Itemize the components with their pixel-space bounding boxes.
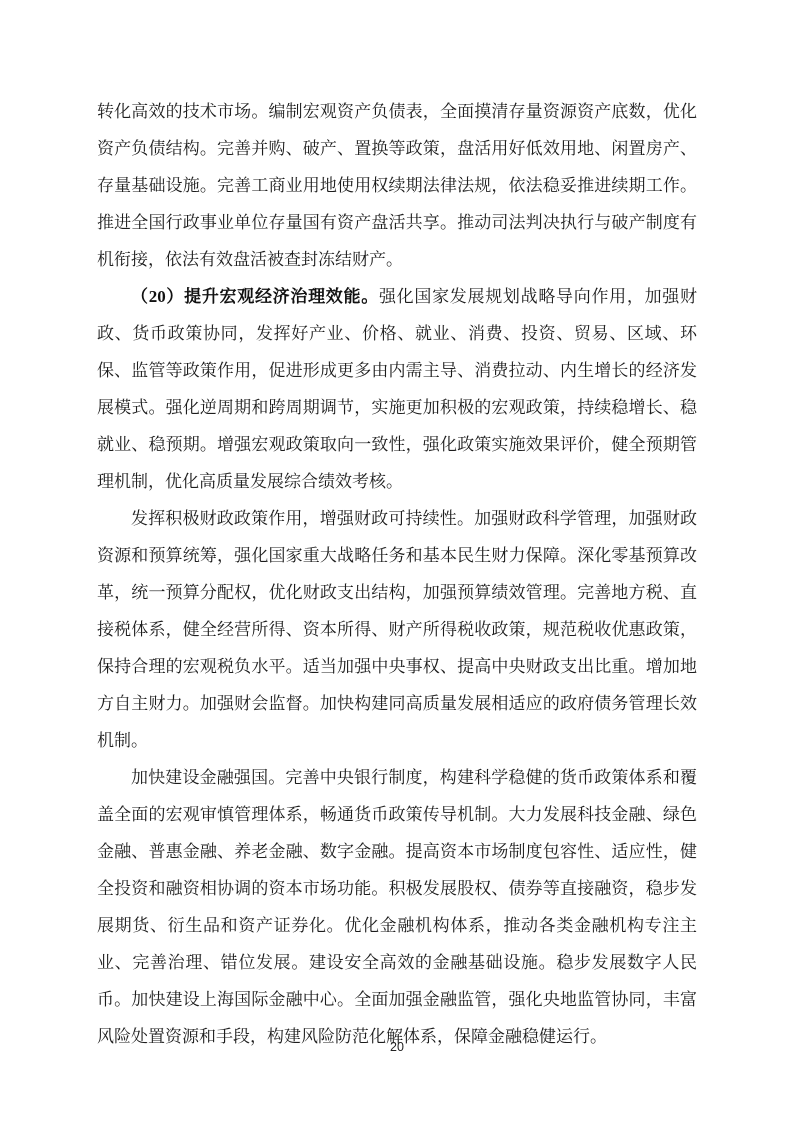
paragraph-financial-strength: 加快建设金融强国。完善中央银行制度，构建科学稳健的货币政策体系和覆盖全面的宏观审… — [97, 759, 697, 1055]
document-body: 转化高效的技术市场。编制宏观资产负债表，全面摸清存量资源资产底数，优化资产负债结… — [97, 93, 697, 1055]
paragraph-text: 转化高效的技术市场。编制宏观资产负债表，全面摸清存量资源资产底数，优化资产负债结… — [97, 102, 697, 269]
paragraph-section-20: （20）提升宏观经济治理效能。强化国家发展规划战略导向作用，加强财政、货币政策协… — [97, 278, 697, 500]
paragraph-fiscal-policy: 发挥积极财政政策作用，增强财政可持续性。加强财政科学管理，加强财政资源和预算统筹… — [97, 500, 697, 759]
document-page: 转化高效的技术市场。编制宏观资产负债表，全面摸清存量资源资产底数，优化资产负债结… — [0, 0, 794, 1123]
paragraph-text: 加快建设金融强国。完善中央银行制度，构建科学稳健的货币政策体系和覆盖全面的宏观审… — [97, 768, 697, 1046]
paragraph-continuation: 转化高效的技术市场。编制宏观资产负债表，全面摸清存量资源资产底数，优化资产负债结… — [97, 93, 697, 278]
paragraph-text: 发挥积极财政政策作用，增强财政可持续性。加强财政科学管理，加强财政资源和预算统筹… — [97, 509, 697, 750]
page-number: 20 — [0, 1040, 794, 1054]
section-heading: （20）提升宏观经济治理效能。 — [131, 287, 379, 306]
paragraph-text: 强化国家发展规划战略导向作用，加强财政、货币政策协同，发挥好产业、价格、就业、消… — [97, 287, 697, 491]
